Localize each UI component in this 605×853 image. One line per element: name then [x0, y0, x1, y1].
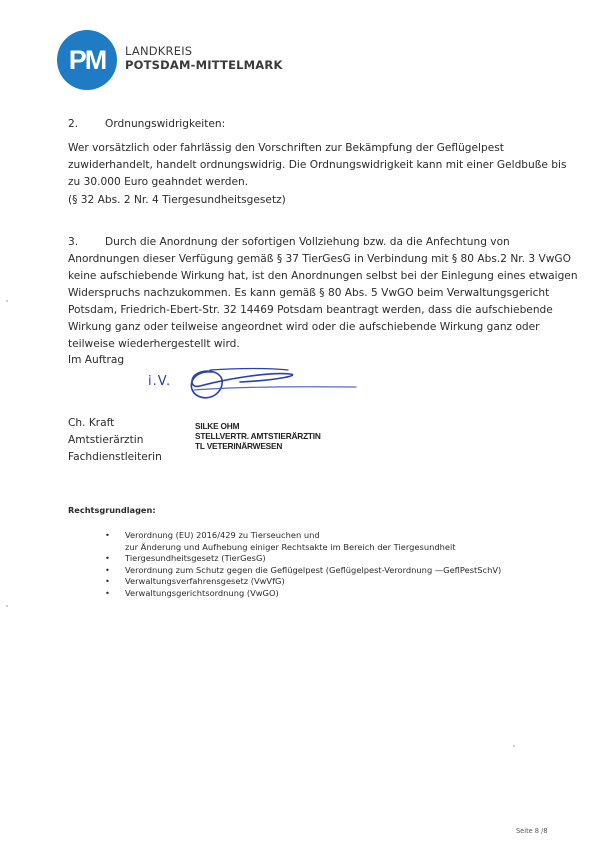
text-line: zu 30.000 Euro geahndet werden. [68, 174, 566, 191]
text-line: Wirkung ganz oder teilweise angeordnet w… [68, 319, 578, 336]
district-logo: PM [57, 30, 117, 90]
list-item: • Verwaltungsverfahrensgesetz (VwVfG) [105, 576, 501, 588]
text-line: 3.Durch die Anordnung der sofortigen Vol… [68, 234, 578, 251]
signatory-department: Fachdienstleiterin [68, 449, 162, 466]
org-name-line1: LANDKREIS [125, 44, 192, 58]
text-line: teilweise wiederhergestellt wird. [68, 336, 578, 353]
org-name-line2: POTSDAM-MITTELMARK [125, 58, 283, 72]
stamp-title: STELLVERTR. AMTSTIERÄRZTIN [195, 431, 321, 441]
section-3-number: 3. [68, 234, 105, 251]
signatory-name: Ch. Kraft [68, 415, 162, 432]
list-item: • Verordnung zum Schutz gegen die Geflüg… [105, 565, 501, 577]
section-3-body: 3.Durch die Anordnung der sofortigen Vol… [68, 234, 578, 353]
text-line: Wer vorsätzlich oder fahrlässig den Vors… [68, 140, 566, 157]
scan-speck [6, 605, 8, 607]
signatory-role: Amtstierärztin [68, 432, 162, 449]
bullet: • [105, 588, 110, 600]
text-line: keine aufschiebende Wirkung hat, ist den… [68, 268, 578, 285]
page-number: Seite 8 /8 [516, 827, 548, 835]
list-item: • Verordnung (EU) 2016/429 zu Tierseuche… [105, 530, 501, 553]
scan-speck [513, 745, 515, 747]
deputy-stamp: SILKE OHM STELLVERTR. AMTSTIERÄRZTIN TL … [195, 421, 321, 451]
section-2-heading: 2.Ordnungswidrigkeiten: [68, 116, 225, 133]
text-line: Potsdam, Friedrich-Ebert-Str. 32 14469 P… [68, 302, 578, 319]
logo-text: PM [69, 45, 106, 76]
list-item: • Verwaltungsgerichtsordnung (VwGO) [105, 588, 501, 600]
bullet: • [105, 530, 110, 542]
im-auftrag: Im Auftrag [68, 352, 124, 369]
text-line: Anordnungen dieser Verfügung gemäß § 37 … [68, 251, 578, 268]
iv-mark: i.V. [148, 374, 171, 389]
section-2-body: Wer vorsätzlich oder fahrlässig den Vors… [68, 140, 566, 191]
list-item: • Tiergesundheitsgesetz (TierGesG) [105, 553, 501, 565]
signatory-block: Ch. Kraft Amtstierärztin Fachdienstleite… [68, 415, 162, 466]
stamp-name: SILKE OHM [195, 421, 321, 431]
legal-basis-title: Rechtsgrundlagen: [68, 505, 156, 515]
bullet: • [105, 565, 110, 577]
section-2-title: Ordnungswidrigkeiten: [105, 118, 225, 130]
stamp-unit: TL VETERINÄRWESEN [195, 441, 321, 451]
bullet: • [105, 576, 110, 588]
section-2-reference: (§ 32 Abs. 2 Nr. 4 Tiergesundheitsgesetz… [68, 192, 286, 209]
bullet: • [105, 553, 110, 565]
text-line: zuwiderhandelt, handelt ordnungswidrig. … [68, 157, 566, 174]
text-line: Widerspruchs nachzukommen. Es kann gemäß… [68, 285, 578, 302]
section-2-number: 2. [68, 116, 105, 133]
scan-speck [6, 300, 8, 302]
legal-basis-list: • Verordnung (EU) 2016/429 zu Tierseuche… [105, 530, 501, 599]
signature-scribble [180, 362, 360, 407]
